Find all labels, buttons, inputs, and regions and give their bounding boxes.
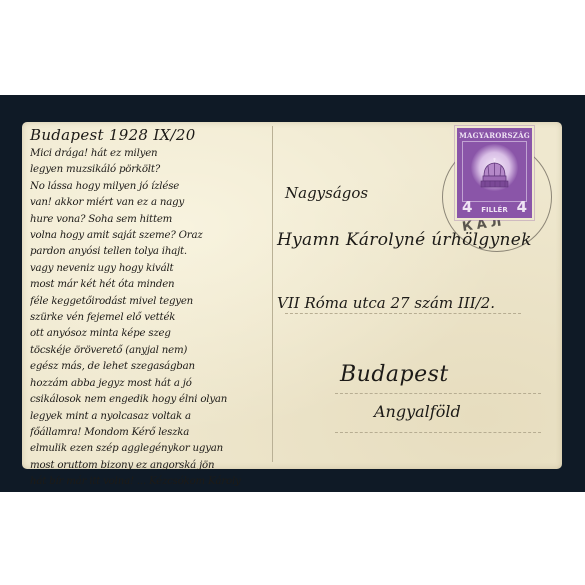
message-line: féle keggetőirodást mivel tegyen bbox=[30, 294, 282, 310]
address-city: Budapest bbox=[340, 362, 449, 387]
message-line: hozzám abba jegyz most hát a jó bbox=[30, 376, 282, 392]
message-line: csikálosok nem engedik hogy élni olyan bbox=[30, 392, 282, 408]
message-signature-line: hát bír már itt volna! ... Kézcsókom Kár… bbox=[30, 474, 282, 490]
message-line: főállamra! Mondom Kérő leszka bbox=[30, 425, 282, 441]
message-date: Budapest 1928 IX/20 bbox=[30, 124, 282, 146]
message-line: pardon anyósi tellen tolya ihajt. bbox=[30, 244, 282, 260]
postcard: Budapest 1928 IX/20 Mici drága! hát ez m… bbox=[22, 122, 562, 469]
message-line: most oruttom bizony ez angorská jön bbox=[30, 458, 282, 474]
message-line: elmulik ezen szép agglegénykor ugyan bbox=[30, 441, 282, 457]
address-district: Angyalföld bbox=[374, 402, 461, 421]
message-line: most már két hét óta minden bbox=[30, 277, 282, 293]
address-rule bbox=[285, 313, 521, 314]
crown-icon bbox=[480, 158, 509, 188]
address-rule bbox=[335, 393, 541, 394]
message-line: töcskéje öröverető (anyjal nem) bbox=[30, 343, 282, 359]
message-line: vagy neveniz ugy hogy kivált bbox=[30, 261, 282, 277]
message-line: szürke vén fejemel elő vették bbox=[30, 310, 282, 326]
message-line: volna hogy amit saját szeme? Oraz bbox=[30, 228, 282, 244]
message-line: van! akkor miért van ez a nagy bbox=[30, 195, 282, 211]
postage-stamp: MAGYARORSZÁG 4 FILLÉR 4 bbox=[457, 128, 532, 218]
message-line: ott anyósoz minta képe szeg bbox=[30, 326, 282, 342]
address-rule bbox=[335, 432, 541, 433]
message-line: legyen muzsikáló pörkölt? bbox=[30, 162, 282, 178]
message-line: hure vona? Soha sem hittem bbox=[30, 212, 282, 228]
address-street: VII Róma utca 27 szám III/2. bbox=[277, 294, 495, 312]
address-recipient: Hyamn Károlyné úrhölgynek bbox=[277, 230, 532, 250]
message-line: egész más, de lehet szegaságban bbox=[30, 359, 282, 375]
message-area: Budapest 1928 IX/20 Mici drága! hát ez m… bbox=[30, 124, 282, 491]
message-line: No lássa hogy milyen jó ízlése bbox=[30, 179, 282, 195]
stamp-value-right: 4 bbox=[517, 198, 527, 216]
address-salutation: Nagyságos bbox=[285, 184, 368, 202]
message-line: legyek mint a nyolcasaz voltak a bbox=[30, 409, 282, 425]
stamp-country: MAGYARORSZÁG bbox=[457, 131, 532, 140]
message-line: Mici drága! hát ez milyen bbox=[30, 146, 282, 162]
